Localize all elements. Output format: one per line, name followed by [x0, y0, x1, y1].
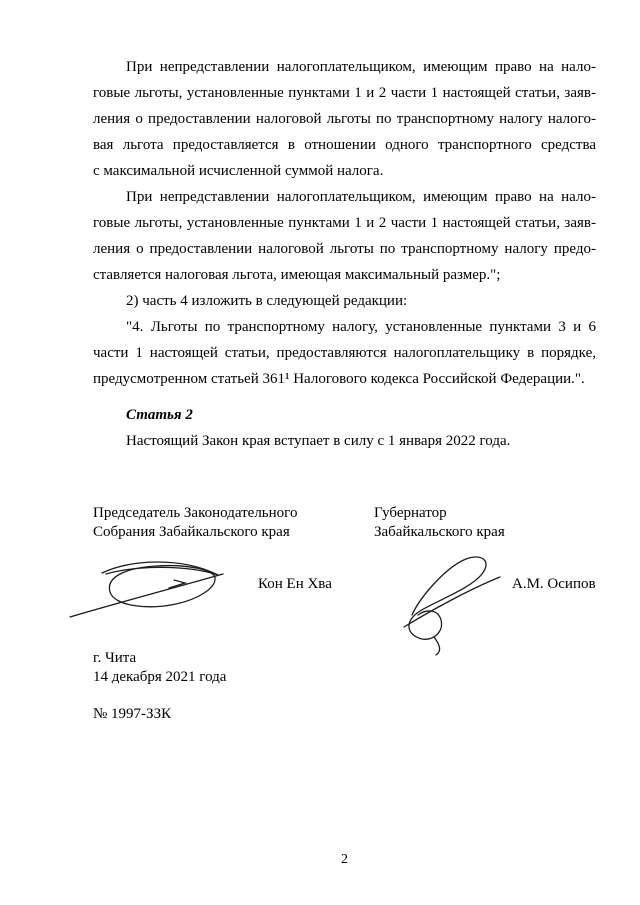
text-line: говыельготы,установленныепунктами1и2част… — [93, 80, 596, 106]
governor-signature-image — [398, 551, 508, 664]
document-page: Принепредставленииналогоплательщиком,име… — [0, 0, 640, 905]
footer-city: г. Чита — [93, 649, 226, 668]
body-text: Принепредставленииналогоплательщиком,име… — [93, 54, 596, 392]
governor-name: А.М. Осипов — [512, 575, 596, 594]
article-2-block: Статья 2 Настоящий Закон края вступает в… — [93, 392, 596, 454]
text-line: предусмотренном статьей 361¹ Налогового … — [93, 366, 596, 392]
text-line: ленияопредоставленииналоговойльготыпотра… — [93, 236, 596, 262]
paragraph: Принепредставленииналогоплательщиком,име… — [93, 184, 596, 288]
chairman-name: Кон Ен Хва — [258, 575, 332, 594]
text-line: Принепредставленииналогоплательщиком,име… — [93, 54, 596, 80]
text-line: части1настоящейстатьи,предоставляютсянал… — [93, 340, 596, 366]
text-line: Принепредставленииналогоплательщиком,име… — [93, 184, 596, 210]
text-line: ставляется налоговая льгота, имеющая мак… — [93, 262, 596, 288]
document-number: № 1997-ЗЗК — [93, 705, 171, 724]
text-line: ленияопредоставленииналоговойльготыпотра… — [93, 106, 596, 132]
chairman-title-line2: Собрания Забайкальского края — [93, 523, 297, 542]
governor-title-line2: Забайкальского края — [374, 523, 505, 542]
text-line: "4.Льготыпотранспортномуналогу,установле… — [93, 314, 596, 340]
text-line: с максимальной исчисленной суммой налога… — [93, 158, 596, 184]
paragraph: 2) часть 4 изложить в следующей редакции… — [93, 288, 596, 314]
chairman-title-line1: Председатель Законодательного — [93, 504, 297, 523]
page-number: 2 — [341, 851, 348, 869]
paragraph: Принепредставленииналогоплательщиком,име… — [93, 54, 596, 184]
chairman-signature-image — [66, 549, 231, 628]
footer-place-date: г. Чита 14 декабря 2021 года — [93, 649, 226, 687]
article-2-text: Настоящий Закон края вступает в силу с 1… — [93, 428, 596, 454]
footer-date: 14 декабря 2021 года — [93, 668, 226, 687]
governor-title: Губернатор Забайкальского края — [374, 504, 505, 542]
text-line: 2) часть 4 изложить в следующей редакции… — [93, 288, 596, 314]
article-2-heading: Статья 2 — [93, 402, 596, 428]
text-line: говыельготы,установленныепунктами1и2част… — [93, 210, 596, 236]
paragraph: "4.Льготыпотранспортномуналогу,установле… — [93, 314, 596, 392]
governor-title-line1: Губернатор — [374, 504, 505, 523]
text-line: ваяльготапредоставляетсявотношенииодного… — [93, 132, 596, 158]
chairman-title: Председатель Законодательного Собрания З… — [93, 504, 297, 542]
